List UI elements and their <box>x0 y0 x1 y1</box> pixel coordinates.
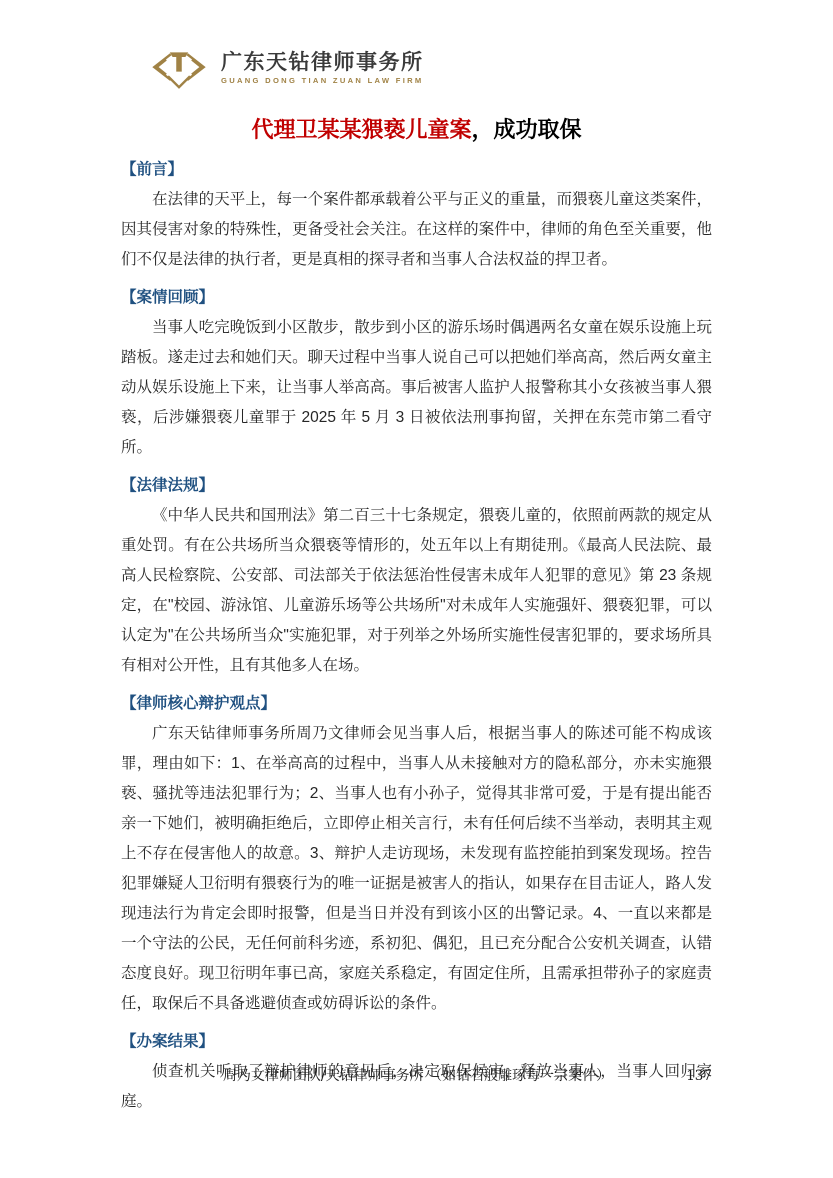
diamond-gem-icon <box>146 44 212 92</box>
section-heading-preface: 【前言】 <box>121 155 712 185</box>
firm-name-chinese: 广东天钻律师事务所 <box>221 51 424 74</box>
title-rest: ，成功取保 <box>472 117 582 142</box>
document-page: 广东天钻律师事务所 GUANG DONG TIAN ZUAN LAW FIRM … <box>0 0 833 1178</box>
law-firm-logo: 广东天钻律师事务所 GUANG DONG TIAN ZUAN LAW FIRM <box>146 44 424 92</box>
page-title: 代理卫某某猥亵儿童案，成功取保 <box>0 114 833 146</box>
article-body: 【前言】 在法律的天平上，每一个案件都承载着公平与正义的重量，而猥亵儿童这类案件… <box>121 155 712 1117</box>
section-heading-case-review: 【案情回顾】 <box>121 283 712 313</box>
section-paragraph-preface: 在法律的天平上，每一个案件都承载着公平与正义的重量，而猥亵儿童这类案件，因其侵害… <box>121 185 712 275</box>
page-number: 137 <box>686 1066 712 1086</box>
section-heading-case-result: 【办案结果】 <box>121 1027 712 1057</box>
section-paragraph-case-review: 当事人吃完晚饭到小区散步，散步到小区的游乐场时偶遇两名女童在娱乐设施上玩踏板。遂… <box>121 313 712 463</box>
title-highlight: 代理卫某某猥亵儿童案 <box>251 117 471 142</box>
section-heading-defense-points: 【律师核心辩护观点】 <box>121 689 712 719</box>
firm-name-english: GUANG DONG TIAN ZUAN LAW FIRM <box>221 77 424 85</box>
section-paragraph-laws: 《中华人民共和国刑法》第二百三十七条规定，猥亵儿童的，依照前两款的规定从重处罚。… <box>121 501 712 681</box>
firm-name-block: 广东天钻律师事务所 GUANG DONG TIAN ZUAN LAW FIRM <box>221 51 424 85</box>
section-paragraph-defense-points: 广东天钻律师事务所周乃文律师会见当事人后，根据当事人的陈述可能不构成该罪，理由如… <box>121 719 712 1019</box>
section-heading-laws: 【法律法规】 <box>121 471 712 501</box>
